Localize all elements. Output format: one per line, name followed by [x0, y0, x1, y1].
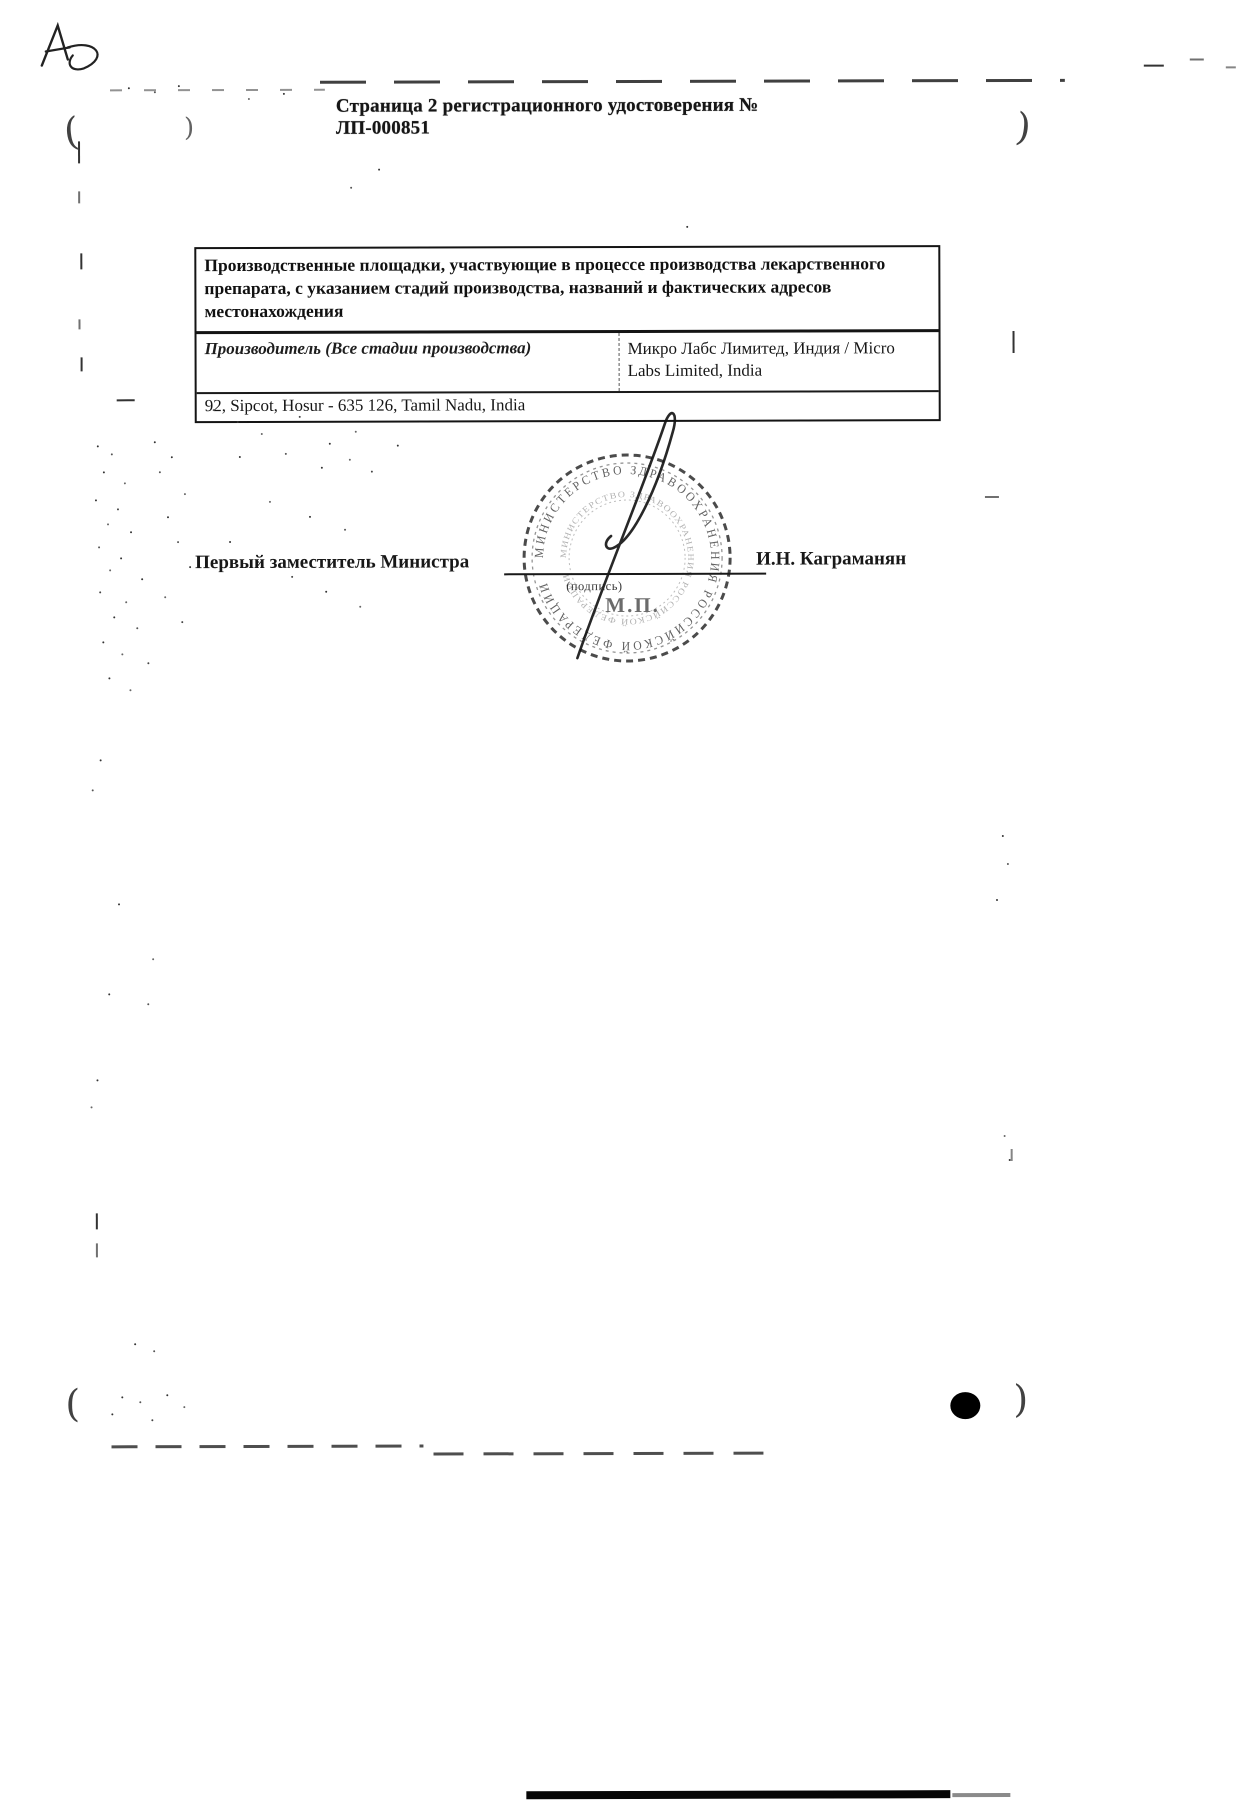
- scan-dash: [1011, 1149, 1013, 1161]
- scan-dash: [985, 496, 999, 498]
- scan-edge-bar: [526, 1790, 950, 1799]
- scan-dash: [78, 141, 80, 163]
- signature-caption: (подпись): [566, 579, 622, 594]
- scanned-document-page: Страница 2 регистрационного удостоверени…: [0, 0, 1254, 1800]
- producer-label-cell: Производитель (Все стадии производства): [197, 333, 619, 392]
- scan-dash: [96, 1243, 98, 1257]
- scan-dash: [78, 191, 80, 203]
- producer-value-cell: Микро Лабс Лимитед, Индия / Micro Labs L…: [619, 332, 939, 391]
- page-title: Страница 2 регистрационного удостоверени…: [336, 94, 856, 139]
- punch-hole-dot: [950, 1392, 980, 1419]
- scan-artifact-line-top: [320, 79, 1065, 84]
- scan-edge-bar-tail: [952, 1793, 1010, 1797]
- manufacturing-sites-table: Производственные площадки, участвующие в…: [194, 245, 940, 423]
- scan-dash: [1190, 58, 1204, 60]
- table-row: Производитель (Все стадии производства) …: [197, 332, 939, 394]
- scan-artifact-line-bottom-2: [433, 1452, 763, 1456]
- scan-dash: [117, 399, 135, 401]
- handwritten-pen-mark: [22, 13, 132, 88]
- scan-dash: [80, 253, 82, 269]
- scan-mark-paren-top-right: ): [1013, 104, 1033, 149]
- scan-dash: [1013, 331, 1015, 353]
- page-content: Страница 2 регистрационного удостоверени…: [0, 0, 1254, 1800]
- stamp-outer-ring: [524, 455, 731, 662]
- scan-mark-paren-bottom-right: ): [1013, 1377, 1028, 1421]
- scan-mark-paren-bottom-left: (: [65, 1381, 80, 1425]
- scan-dash: [96, 1213, 98, 1229]
- table-header-cell: Производственные площадки, участвующие в…: [196, 247, 938, 334]
- official-round-stamp: МИНИСТЕРСТВО ЗДРАВООХРАНЕНИЯ РОССИЙСКОЙ …: [493, 398, 764, 689]
- scan-dash: [78, 319, 80, 329]
- signatory-name: И.Н. Каграманян: [756, 548, 906, 570]
- scan-mark-paren-top-left-2: ): [184, 113, 194, 143]
- scan-dash: [1144, 65, 1164, 67]
- scan-dash: [81, 357, 83, 371]
- stamp-mp-label: М.П.: [605, 593, 660, 617]
- scan-dash: [1226, 66, 1236, 68]
- scan-artifact-line-bottom-1: [111, 1445, 423, 1449]
- scan-artifact-line-top-2: [110, 89, 325, 92]
- signatory-title: Первый заместитель Министра: [195, 551, 469, 574]
